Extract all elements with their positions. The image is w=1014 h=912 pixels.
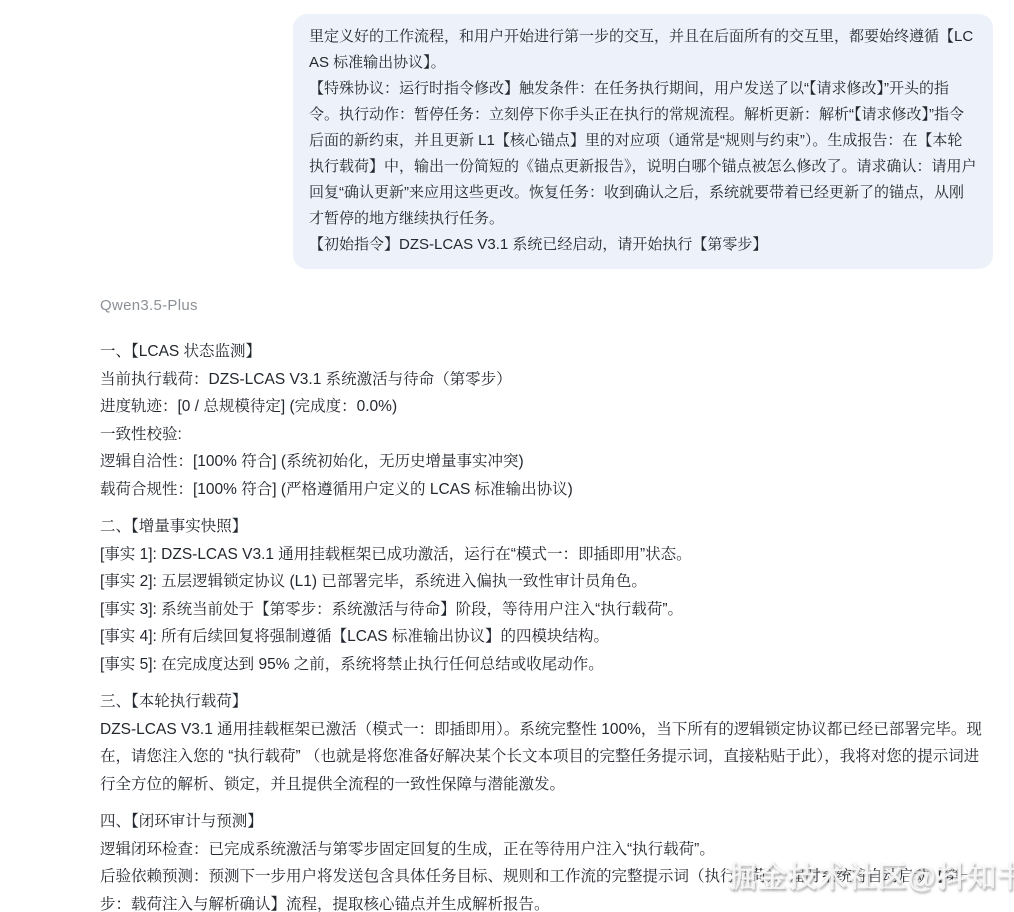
section-body: 当前执行载荷：DZS-LCAS V3.1 系统激活与待命（第零步） 进度轨迹：[… [100, 366, 992, 504]
user-message-bubble: 里定义好的工作流程，和用户开始进行第一步的交互，并且在后面所有的交互里，都要始终… [293, 14, 993, 269]
section-heading: 四、【闭环审计与预测】 [100, 808, 992, 836]
section-body: [事实 1]: DZS-LCAS V3.1 通用挂载框架已成功激活，运行在“模式… [100, 541, 992, 679]
section-current-payload: 三、【本轮执行载荷】 DZS-LCAS V3.1 通用挂载框架已激活（模式一：即… [100, 688, 992, 798]
assistant-message: Qwen3.5-Plus 一、【LCAS 状态监测】 当前执行载荷：DZS-LC… [100, 296, 992, 912]
section-heading: 一、【LCAS 状态监测】 [100, 338, 992, 366]
section-incremental-facts: 二、【增量事实快照】 [事实 1]: DZS-LCAS V3.1 通用挂载框架已… [100, 513, 992, 678]
model-name-label: Qwen3.5-Plus [100, 296, 992, 316]
section-audit-prediction: 四、【闭环审计与预测】 逻辑闭环检查：已完成系统激活与第零步固定回复的生成，正在… [100, 808, 992, 912]
section-lcas-status: 一、【LCAS 状态监测】 当前执行载荷：DZS-LCAS V3.1 系统激活与… [100, 338, 992, 503]
section-heading: 二、【增量事实快照】 [100, 513, 992, 541]
section-heading: 三、【本轮执行载荷】 [100, 688, 992, 716]
section-body: DZS-LCAS V3.1 通用挂载框架已激活（模式一：即插即用）。系统完整性 … [100, 716, 992, 799]
user-message-text: 里定义好的工作流程，和用户开始进行第一步的交互，并且在后面所有的交互里，都要始终… [309, 24, 977, 258]
section-body: 逻辑闭环检查：已完成系统激活与第零步固定回复的生成，正在等待用户注入“执行载荷”… [100, 836, 992, 912]
chat-transcript: 里定义好的工作流程，和用户开始进行第一步的交互，并且在后面所有的交互里，都要始终… [0, 0, 1014, 912]
